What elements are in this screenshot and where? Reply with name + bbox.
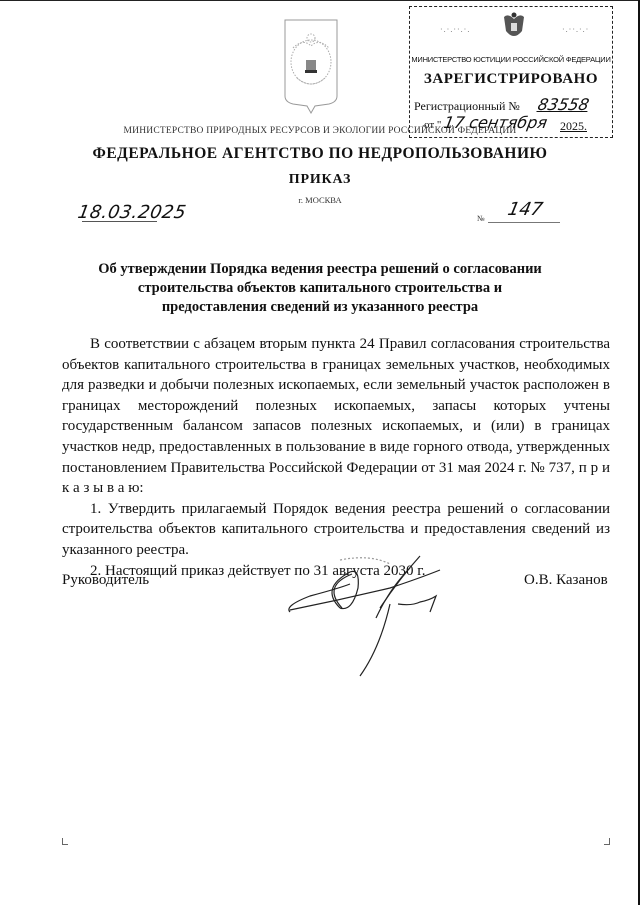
registration-number: 83558 [536, 95, 591, 114]
corner-mark [62, 838, 68, 845]
order-number: 147 [506, 199, 545, 220]
document-body: В соответствии с абзацем вторым пункта 2… [62, 334, 610, 581]
registration-stamp: ·.·.··.·. ·.··.·.· МИНИСТЕРСТВО ЮСТИЦИИ … [409, 6, 613, 138]
number-label: № [477, 214, 485, 223]
document-title: Об утверждении Порядка ведения реестра р… [90, 260, 550, 317]
body-paragraph: В соответствии с абзацем вторым пункта 2… [62, 334, 610, 499]
top-border [0, 0, 640, 1]
registration-year: 2025. [560, 119, 587, 134]
coat-of-arms-icon [500, 11, 528, 43]
stamp-title: ЗАРЕГИСТРИРОВАНО [410, 71, 612, 88]
number-underline [488, 222, 560, 223]
corner-mark [604, 838, 610, 845]
signer-name: О.В. Казанов [524, 572, 608, 589]
date-underline [82, 221, 157, 222]
signer-role: Руководитель [62, 572, 149, 589]
coat-of-arms-icon [283, 18, 339, 114]
agency-name: ФЕДЕРАЛЬНОЕ АГЕНТСТВО ПО НЕДРОПОЛЬЗОВАНИ… [0, 145, 640, 163]
registration-label: Регистрационный № [414, 99, 520, 114]
stamp-decoration: ·.·.··.·. [440, 25, 470, 34]
stamp-ministry: МИНИСТЕРСТВО ЮСТИЦИИ РОССИЙСКОЙ ФЕДЕРАЦИ… [410, 55, 612, 64]
order-date: 18.03.2025 [76, 202, 188, 223]
document-type: ПРИКАЗ [0, 172, 640, 188]
registration-from-label: от " [424, 119, 441, 131]
stamp-decoration: ·.··.·.· [562, 25, 589, 34]
handwritten-signature [280, 548, 470, 678]
registration-date: 17 сентября [442, 113, 548, 132]
